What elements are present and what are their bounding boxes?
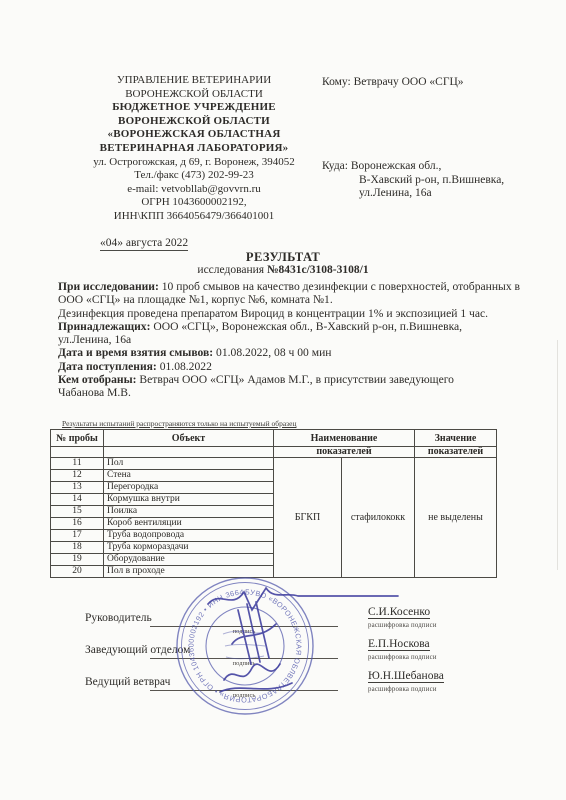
field-label: Принадлежащих:: [58, 320, 150, 333]
sample-number: 16: [51, 518, 104, 530]
field-value: 01.08.2022, 08 ч 00 мин: [213, 346, 331, 359]
field-value: ООО «СГЦ», Воронежская обл., В-Хавский р…: [150, 320, 462, 333]
body-line: Дата и время взятия смывов: 01.08.2022, …: [58, 346, 518, 359]
org-line: БЮДЖЕТНОЕ УЧРЕЖДЕНИЕ: [58, 101, 330, 115]
table-header-empty: [104, 447, 274, 458]
document-title: РЕЗУЛЬТАТ: [0, 250, 566, 265]
body-line: Принадлежащих: ООО «СГЦ», Воронежская об…: [58, 320, 518, 333]
sample-object: Труба кормораздачи: [104, 542, 274, 554]
body-line: Чабанова М.В.: [58, 386, 518, 399]
org-inn-kpp: ИНН\КПП 3664056479/366401001: [58, 210, 330, 224]
document-number: исследования №8431с/3108-3108/1: [0, 264, 566, 276]
org-line: ВОРОНЕЖСКОЙ ОБЛАСТИ: [58, 88, 330, 102]
sample-object: Стена: [104, 470, 274, 482]
signature-line-caption: подпись: [150, 628, 338, 635]
sample-number: 11: [51, 458, 104, 470]
signature-line: [150, 690, 338, 691]
signature-name-caption: расшифровка подписи: [368, 686, 437, 693]
signature-name-caption: расшифровка подписи: [368, 622, 437, 629]
sample-number: 12: [51, 470, 104, 482]
org-address: ул. Острогожская, д 69, г. Воронеж, 3940…: [58, 156, 330, 170]
signature-name-shebanova: Ю.Н.Шебанова: [368, 670, 444, 683]
stamp-inner-marks: [223, 631, 265, 658]
table-header-indicator-name: Наименование: [274, 430, 415, 447]
field-value: Дезинфекция проведена препаратом Вироцид…: [58, 307, 488, 320]
table-row: 11 Пол БГКП стафилококк не выделены: [51, 458, 497, 470]
document-number-prefix: исследования: [197, 264, 267, 276]
field-label: Дата поступления:: [58, 360, 157, 373]
field-label: При исследовании:: [58, 280, 159, 293]
field-value: 10 проб смывов на качество дезинфекции с…: [159, 280, 520, 293]
signature-ink-shebanova: [220, 664, 292, 692]
signature-line-caption: подпись: [150, 660, 338, 667]
indicator-bgkp: БГКП: [274, 458, 342, 578]
body-line: ул.Ленина, 16а: [58, 333, 518, 346]
recipient-to: Кому: Ветврачу ООО «СГЦ»: [322, 76, 464, 88]
scanned-document-page: { "letterhead": { "org_lines": [ "УПРАВЛ…: [0, 0, 566, 800]
table-header-object: Объект: [104, 430, 274, 447]
organization-block: УПРАВЛЕНИЕ ВЕТЕРИНАРИИ ВОРОНЕЖСКОЙ ОБЛАС…: [58, 74, 330, 224]
table-header-indicator-value: Значение: [415, 430, 497, 447]
official-stamp: БУВО «ВОРОНЕЖСКАЯ ОБЛВЕТЛАБОРАТОРИЯ» • О…: [120, 552, 410, 728]
sample-number: 20: [51, 566, 104, 578]
results-disclaimer: Результаты испытаний распространяются то…: [62, 419, 296, 428]
field-label: Дата и время взятия смывов:: [58, 346, 213, 359]
sample-object: Кормушка внутри: [104, 494, 274, 506]
body-line: Дата поступления: 01.08.2022: [58, 360, 518, 373]
field-value: ул.Ленина, 16а: [58, 333, 131, 346]
org-line: ВЕТЕРИНАРНАЯ ЛАБОРАТОРИЯ»: [58, 142, 330, 156]
sample-number: 14: [51, 494, 104, 506]
sample-number: 19: [51, 554, 104, 566]
sample-number: 13: [51, 482, 104, 494]
sample-object: Короб вентиляции: [104, 518, 274, 530]
signature-name-noskova: Е.П.Носкова: [368, 638, 430, 651]
signature-name-kosenko: С.И.Косенко: [368, 606, 430, 619]
recipient-address: Куда: Воронежская обл., В-Хавский р-он, …: [322, 160, 504, 201]
signature-line: [150, 626, 338, 627]
body-line: При исследовании: 10 проб смывов на каче…: [58, 280, 518, 293]
document-body: При исследовании: 10 проб смывов на каче…: [58, 280, 518, 400]
sample-number: 15: [51, 506, 104, 518]
signature-line-caption: подпись: [150, 692, 338, 699]
field-value: Чабанова М.В.: [58, 386, 131, 399]
sample-object: Пол в проходе: [104, 566, 274, 578]
recipient-address-line: В-Хавский р-он, п.Вишневка,: [322, 174, 504, 188]
scan-crease-line: [557, 340, 558, 570]
org-ogrn: ОГРН 1043600002192,: [58, 196, 330, 210]
signature-line: [150, 658, 338, 659]
signature-title-lead-vet: Ведущий ветврач: [85, 676, 170, 688]
field-value: Ветврач ООО «СГЦ» Адамов М.Г., в присутс…: [137, 373, 454, 386]
table-header-indicator-value-sub: показателей: [415, 447, 497, 458]
document-number-value: №8431с/3108-3108/1: [267, 264, 369, 276]
sample-object: Пол: [104, 458, 274, 470]
sample-object: Поилка: [104, 506, 274, 518]
results-table: № пробы Объект Наименование Значение пок…: [50, 429, 497, 578]
org-phone: Тел./факс (473) 202-99-23: [58, 169, 330, 183]
sample-object: Труба водопровода: [104, 530, 274, 542]
indicator-staph: стафилококк: [342, 458, 415, 578]
field-value: 01.08.2022: [157, 360, 212, 373]
org-line: УПРАВЛЕНИЕ ВЕТЕРИНАРИИ: [58, 74, 330, 88]
table-header-sample-no: № пробы: [51, 430, 104, 447]
field-value: ООО «СГЦ» на площадке №1, корпус №6, ком…: [58, 293, 333, 306]
indicator-result: не выделены: [415, 458, 497, 578]
table-header-indicator-name-sub: показателей: [274, 447, 415, 458]
table-header-empty: [51, 447, 104, 458]
recipient-address-line: Куда: Воронежская обл.,: [322, 160, 504, 174]
recipient-address-line: ул.Ленина, 16а: [322, 187, 504, 201]
org-line: «ВОРОНЕЖСКАЯ ОБЛАСТНАЯ: [58, 128, 330, 142]
signature-title-director: Руководитель: [85, 612, 152, 624]
body-line: Дезинфекция проведена препаратом Вироцид…: [58, 307, 518, 320]
body-line: Кем отобраны: Ветврач ООО «СГЦ» Адамов М…: [58, 373, 518, 386]
field-label: Кем отобраны:: [58, 373, 137, 386]
sample-number: 18: [51, 542, 104, 554]
org-line: ВОРОНЕЖСКОЙ ОБЛАСТИ: [58, 115, 330, 129]
sample-object: Оборудование: [104, 554, 274, 566]
signature-title-head-of-department: Заведующий отделом: [85, 644, 190, 656]
signature-name-caption: расшифровка подписи: [368, 654, 437, 661]
document-date: «04» августа 2022: [100, 237, 188, 251]
sample-number: 17: [51, 530, 104, 542]
org-email: e-mail: vetvobllab@govvrn.ru: [58, 183, 330, 197]
body-line: ООО «СГЦ» на площадке №1, корпус №6, ком…: [58, 293, 518, 306]
sample-object: Перегородка: [104, 482, 274, 494]
